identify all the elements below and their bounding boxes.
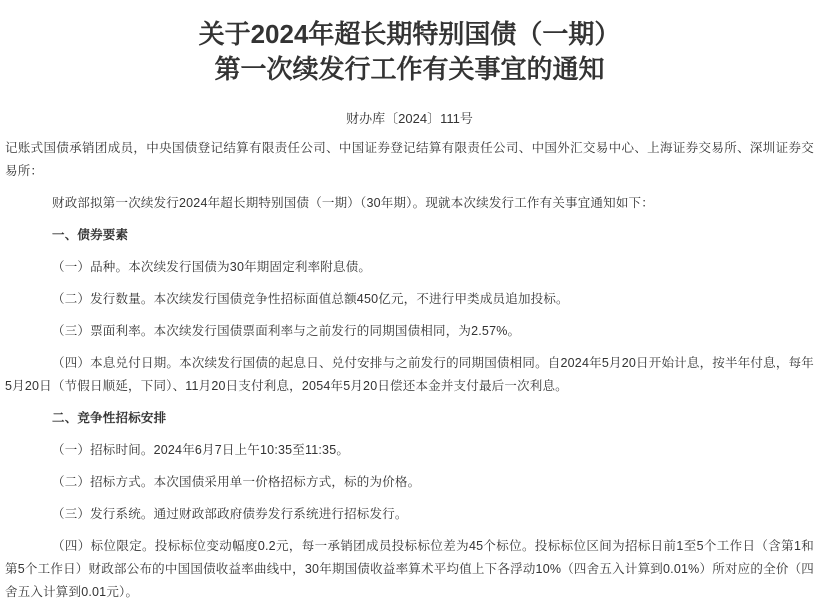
body-paragraph: （三）发行系统。通过财政部政府债券发行系统进行招标发行。 xyxy=(5,503,814,526)
body-paragraph: 记账式国债承销团成员，中央国债登记结算有限责任公司、中国证券登记结算有限责任公司… xyxy=(5,137,814,183)
body-paragraph: （二）招标方式。本次国债采用单一价格招标方式，标的为价格。 xyxy=(5,471,814,494)
document-number: 财办库〔2024〕111号 xyxy=(5,108,814,130)
body-paragraph: （二）发行数量。本次续发行国债竞争性招标面值总额450亿元，不进行甲类成员追加投… xyxy=(5,288,814,311)
section-heading: 一、债券要素 xyxy=(5,224,814,247)
document-title-line-2: 第一次续发行工作有关事宜的通知 xyxy=(5,52,814,87)
document-title: 关于2024年超长期特别国债（一期） 第一次续发行工作有关事宜的通知 xyxy=(5,17,814,87)
body-paragraph: （三）票面利率。本次续发行国债票面利率与之前发行的同期国债相同，为2.57%。 xyxy=(5,320,814,343)
document-body: 记账式国债承销团成员，中央国债登记结算有限责任公司、中国证券登记结算有限责任公司… xyxy=(5,137,814,600)
body-paragraph: （四）标位限定。投标标位变动幅度0.2元，每一承销团成员投标标位差为45个标位。… xyxy=(5,535,814,600)
body-paragraph: 财政部拟第一次续发行2024年超长期特别国债（一期）（30年期）。现就本次续发行… xyxy=(5,192,814,215)
body-paragraph: （四）本息兑付日期。本次续发行国债的起息日、兑付安排与之前发行的同期国债相同。自… xyxy=(5,352,814,398)
document-page: 关于2024年超长期特别国债（一期） 第一次续发行工作有关事宜的通知 财办库〔2… xyxy=(0,0,820,600)
document-title-line-1: 关于2024年超长期特别国债（一期） xyxy=(5,17,814,52)
body-paragraph: （一）品种。本次续发行国债为30年期固定利率附息债。 xyxy=(5,256,814,279)
section-heading: 二、竞争性招标安排 xyxy=(5,407,814,430)
body-paragraph: （一）招标时间。2024年6月7日上午10:35至11:35。 xyxy=(5,439,814,462)
